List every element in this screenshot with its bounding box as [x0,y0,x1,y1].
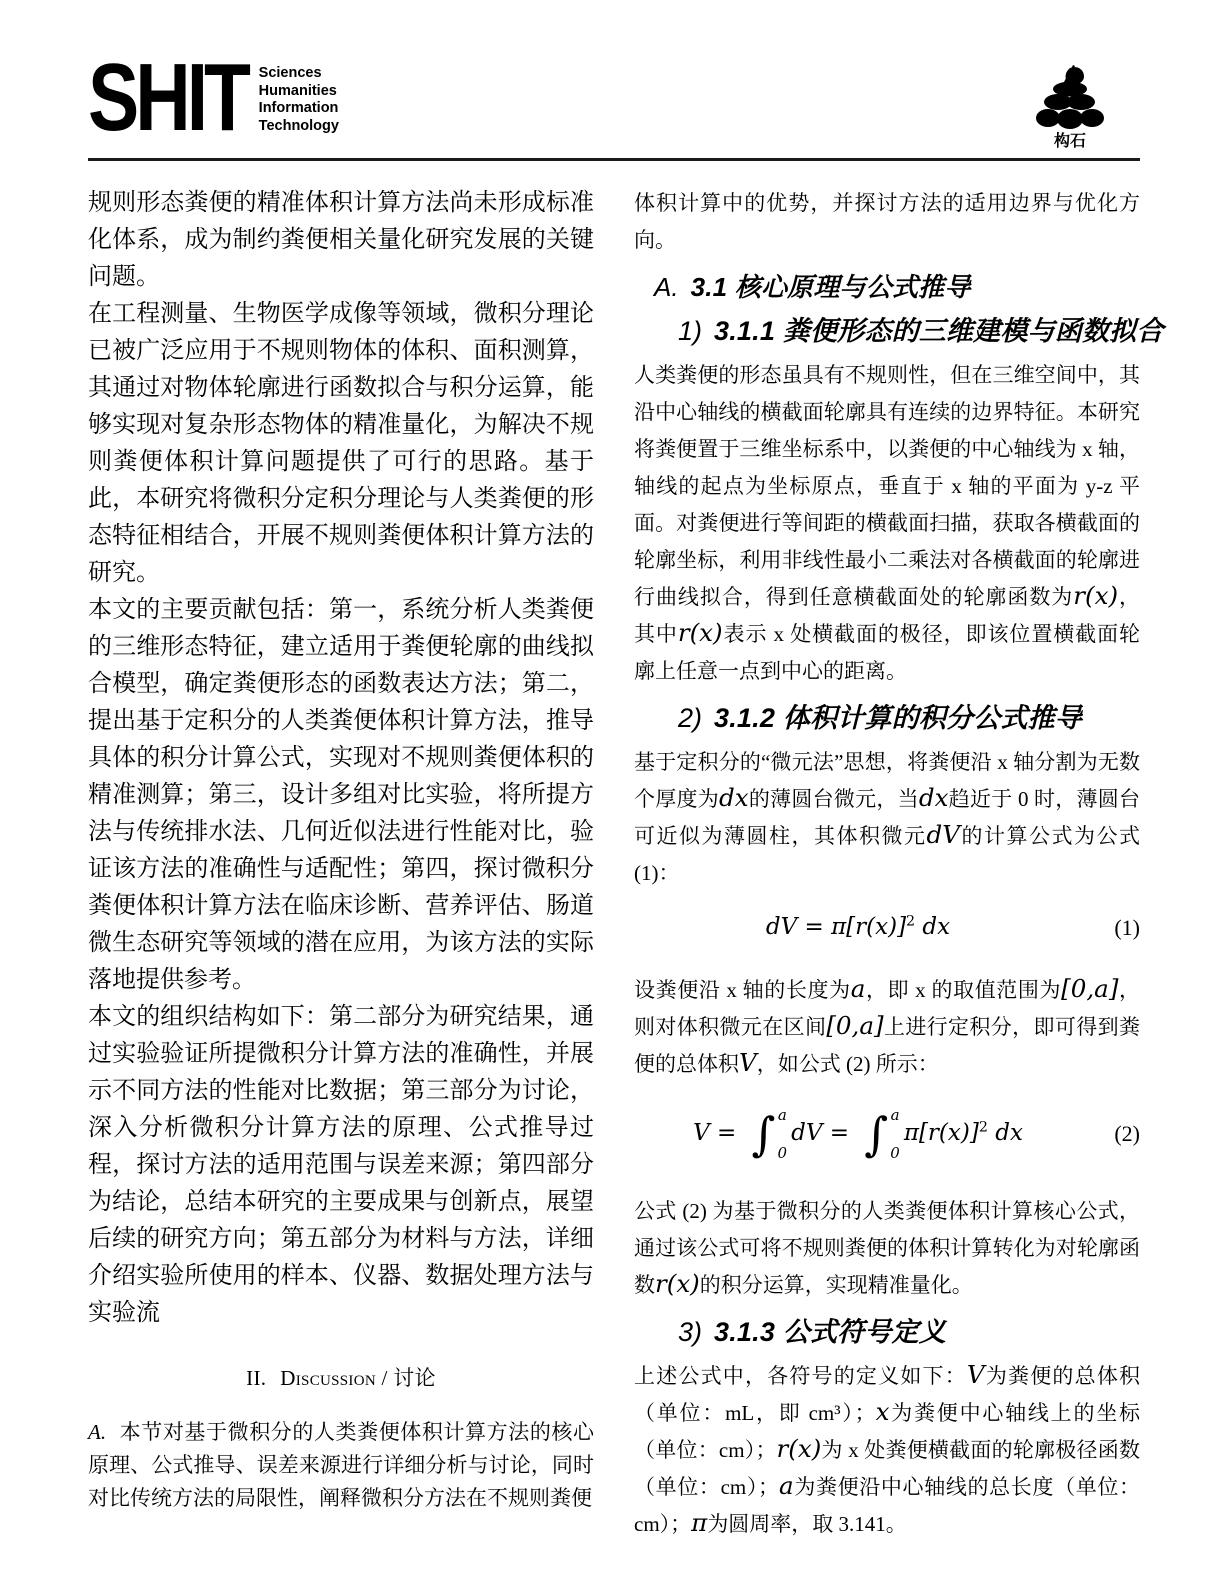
section-numeral: II. [246,1366,266,1390]
math-inline: dV = [791,1120,856,1146]
integral-upper-bound: a [890,1106,900,1124]
carryover-paragraph: 体积计算中的优势，并探讨方法的适用边界与优化方向。 [634,185,1140,259]
derivation-paragraph-a: 基于定积分的“微元法”思想，将粪便沿 x 轴分割为无数个厚度为dx的薄圆台微元，… [634,744,1140,892]
heading-3-1-3-label: 3) [678,1317,702,1347]
text-run: 的薄圆台微元，当 [749,787,919,811]
math-inline: r(x) [1073,581,1118,610]
math-inline: V [967,1360,985,1389]
publisher-name: 构石 [1030,133,1110,151]
text-run: 上述公式中，各符号的定义如下： [634,1364,967,1388]
journal-logo: SHIT Sciences Humanities Information Tec… [88,62,339,135]
header-rule [88,158,1140,161]
formula-2-number: (2) [1082,1121,1140,1147]
math-inline: [0,a] [826,1011,883,1040]
math-inline: dx [988,1120,1023,1146]
integral-lower-bound: 0 [778,1144,788,1162]
journal-word-technology: Technology [259,118,339,136]
section-title-chinese: / 讨论 [376,1366,436,1390]
math-inline: dV [927,820,960,849]
journal-word-sciences: Sciences [259,65,339,83]
text-run: 人类粪便的形态虽具有不规则性，但在三维空间中，其沿中心轴线的横截面轮廓具有连续的… [634,363,1140,609]
heading-3-1-3-text: 3.1.3 公式符号定义 [714,1317,946,1347]
journal-word-humanities: Humanities [259,83,339,101]
left-column: 规则形态粪便的精准体积计算方法尚未形成标准化体系，成为制约粪便相关量化研究发展的… [88,185,594,1543]
journal-page: SHIT Sciences Humanities Information Tec… [0,0,1224,1584]
integral-sign: ∫ [864,1108,888,1160]
page-header: SHIT Sciences Humanities Information Tec… [88,62,1140,154]
text-run: ，即 x 的取值范围为 [865,978,1061,1002]
math-inline: V [739,1048,757,1077]
discussion-note-paragraph: A.本节对基于微积分的人类粪便体积计算方法的核心原理、公式推导、误差来源进行详细… [88,1416,594,1515]
intro-paragraph-2: 在工程测量、生物医学成像等领域，微积分理论已被广泛应用于不规则物体的体积、面积测… [88,296,594,592]
symbol-definition-paragraph: 上述公式中，各符号的定义如下：V为粪便的总体积（单位：mL，即 cm³）；x为粪… [634,1358,1140,1543]
heading-3-1-1-label: 1) [678,316,702,346]
heading-3-1-2-text: 3.1.2 体积计算的积分公式推导 [714,703,1082,733]
text-run: 设粪便沿 x 轴的长度为 [634,978,851,1002]
contributions-paragraph: 本文的主要贡献包括：第一，系统分析人类粪便的三维形态特征，建立适用于粪便轮廓的曲… [88,592,594,999]
math-inline: dV = π[r(x)] [766,914,906,940]
formula-1-body: dV = π[r(x)]2 dx [634,914,1082,942]
formula-1: dV = π[r(x)]2 dx (1) [634,914,1140,942]
math-inline: dx [719,783,749,812]
math-inline: a [851,974,866,1003]
heading-3-1-2: 2)3.1.2 体积计算的积分公式推导 [634,702,1140,734]
heading-3-1-3: 3)3.1.3 公式符号定义 [634,1316,1140,1348]
heading-3-1: A.3.1 核心原理与公式推导 [634,271,1140,303]
two-column-body: 规则形态粪便的精准体积计算方法尚未形成标准化体系，成为制约粪便相关量化研究发展的… [88,185,1140,1543]
heading-3-1-label: A. [654,272,679,302]
math-inline: a [779,1471,794,1500]
integral-lower-bound: 0 [890,1144,900,1162]
math-superscript: 2 [979,1119,988,1135]
heading-3-1-text: 3.1 核心原理与公式推导 [691,272,971,302]
journal-acronym: SHIT [88,62,247,134]
formula-2: V = ∫a0dV = ∫a0π[r(x)]2 dx (2) [634,1105,1140,1163]
math-inline: r(x) [655,1269,700,1298]
publisher-logo: 构石 [1030,62,1110,151]
journal-full-name: Sciences Humanities Information Technolo… [259,62,339,135]
math-inline: π[r(x)] [904,1120,979,1146]
formula-2-body: V = ∫a0dV = ∫a0π[r(x)]2 dx [634,1105,1082,1163]
math-inline: V = [693,1120,744,1146]
text-run: 的积分运算，实现精准量化。 [700,1273,973,1297]
structure-paragraph: 本文的组织结构如下：第二部分为研究结果，通过实验验证所提微积分计算方法的准确性，… [88,999,594,1332]
modeling-paragraph: 人类粪便的形态虽具有不规则性，但在三维空间中，其沿中心轴线的横截面轮廓具有连续的… [634,357,1140,690]
math-inline: r(x) [777,1434,822,1463]
math-superscript: 2 [906,913,915,929]
discussion-section-heading: II.Discussion / 讨论 [88,1362,594,1392]
text-run: ，如公式 (2) 所示： [757,1052,939,1076]
right-column: 体积计算中的优势，并探讨方法的适用边界与优化方向。 A.3.1 核心原理与公式推… [634,185,1140,1543]
note-text: 本节对基于微积分的人类粪便体积计算方法的核心原理、公式推导、误差来源进行详细分析… [88,1420,594,1510]
heading-3-1-2-label: 2) [678,703,702,733]
rock-pile-icon [1034,62,1106,132]
intro-paragraph-1: 规则形态粪便的精准体积计算方法尚未形成标准化体系，成为制约粪便相关量化研究发展的… [88,185,594,296]
integral-with-bounds: ∫a0 [864,1105,900,1163]
math-inline: π [691,1508,707,1537]
section-title-english: Discussion [280,1366,376,1390]
text-run: 为圆周率，取 3.141。 [707,1512,907,1536]
math-inline: dx [915,914,950,940]
integral-bounds: a0 [778,1105,788,1163]
integral-with-bounds: ∫a0 [752,1105,788,1163]
integral-upper-bound: a [778,1106,788,1124]
heading-3-1-1-text: 3.1.1 粪便形态的三维建模与函数拟合 [714,316,1164,346]
journal-word-information: Information [259,100,339,118]
math-inline: dx [919,783,949,812]
heading-3-1-1: 1)3.1.1 粪便形态的三维建模与函数拟合 [634,315,1140,347]
derivation-paragraph-b: 设粪便沿 x 轴的长度为a，即 x 的取值范围为[0,a]，则对体积微元在区间[… [634,972,1140,1083]
math-inline: [0,a] [1061,974,1118,1003]
formula-1-number: (1) [1082,915,1140,941]
math-inline: x [876,1397,890,1426]
integral-sign: ∫ [752,1108,776,1160]
integral-bounds: a0 [890,1105,900,1163]
math-inline: r(x) [678,618,723,647]
derivation-paragraph-c: 公式 (2) 为基于微积分的人类粪便体积计算核心公式，通过该公式可将不规则粪便的… [634,1193,1140,1304]
note-label: A. [88,1420,106,1444]
